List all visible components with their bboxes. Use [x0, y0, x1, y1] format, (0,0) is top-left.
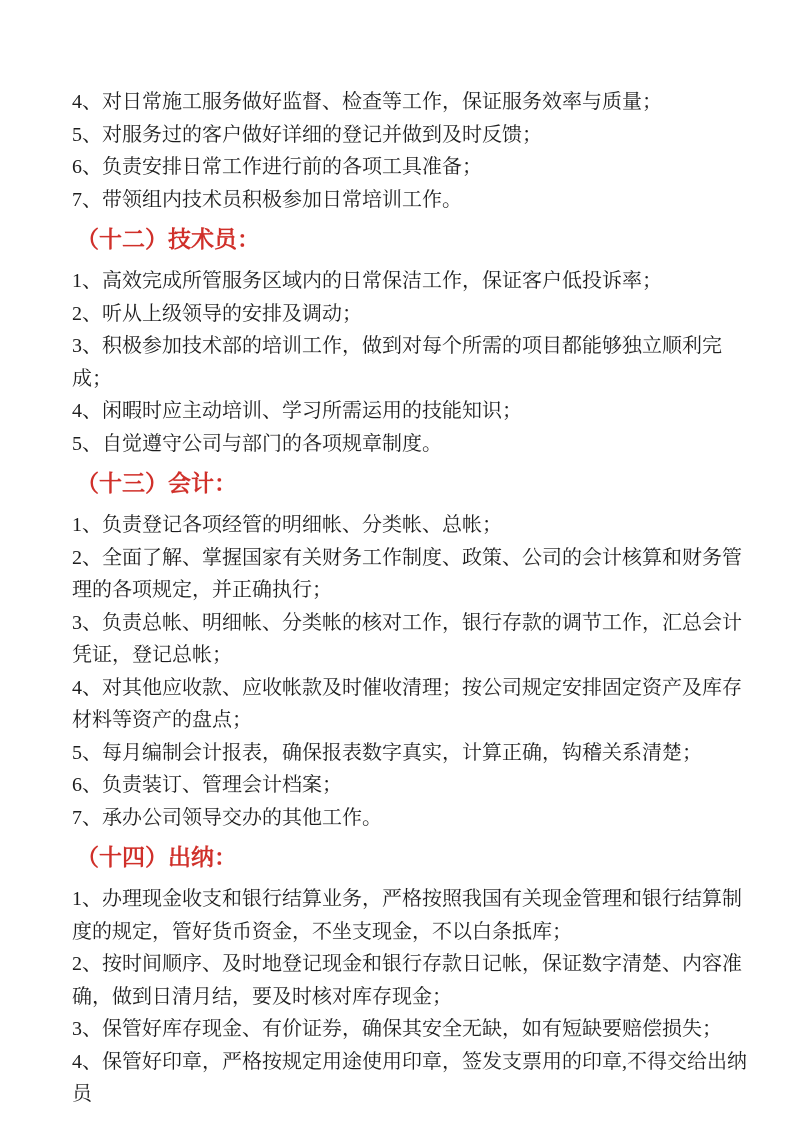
list-item: 3、保管好库存现金、有价证券，确保其安全无缺，如有短缺要赔偿损失； [72, 1013, 750, 1046]
list-item: 1、负责登记各项经管的明细帐、分类帐、总帐； [72, 509, 750, 542]
list-item: 7、带领组内技术员积极参加日常培训工作。 [72, 184, 750, 217]
list-item: 3、积极参加技术部的培训工作，做到对每个所需的项目都能够独立顺利完成； [72, 330, 750, 395]
list-item: 6、负责装订、管理会计档案； [72, 769, 750, 802]
list-item: 3、负责总帐、明细帐、分类帐的核对工作，银行存款的调节工作，汇总会计凭证，登记总… [72, 607, 750, 672]
list-item: 4、保管好印章，严格按规定用途使用印章，签发支票用的印章,不得交给出纳员 [72, 1046, 750, 1111]
section-heading: （十二）技术员： [76, 221, 750, 258]
list-item: 2、全面了解、掌握国家有关财务工作制度、政策、公司的会计核算和财务管理的各项规定… [72, 542, 750, 607]
document-content: 4、对日常施工服务做好监督、检查等工作，保证服务效率与质量；5、对服务过的客户做… [72, 86, 750, 1111]
list-item: 4、对其他应收款、应收帐款及时催收清理；按公司规定安排固定资产及库存材料等资产的… [72, 672, 750, 737]
list-item: 7、承办公司领导交办的其他工作。 [72, 802, 750, 835]
section-heading: （十三）会计： [76, 465, 750, 502]
list-item: 6、负责安排日常工作进行前的各项工具准备； [72, 151, 750, 184]
list-item: 2、按时间顺序、及时地登记现金和银行存款日记帐，保证数字清楚、内容准确，做到日清… [72, 948, 750, 1013]
section-heading: （十四）出纳： [76, 839, 750, 876]
list-item: 4、闲暇时应主动培训、学习所需运用的技能知识； [72, 395, 750, 428]
list-item: 4、对日常施工服务做好监督、检查等工作，保证服务效率与质量； [72, 86, 750, 119]
list-item: 1、办理现金收支和银行结算业务，严格按照我国有关现金管理和银行结算制度的规定，管… [72, 883, 750, 948]
document-page: 4、对日常施工服务做好监督、检查等工作，保证服务效率与质量；5、对服务过的客户做… [0, 0, 800, 1127]
list-item: 5、对服务过的客户做好详细的登记并做到及时反馈； [72, 119, 750, 152]
list-item: 5、自觉遵守公司与部门的各项规章制度。 [72, 428, 750, 461]
list-item: 2、听从上级领导的安排及调动； [72, 298, 750, 331]
list-item: 5、每月编制会计报表，确保报表数字真实，计算正确，钩稽关系清楚； [72, 737, 750, 770]
list-item: 1、高效完成所管服务区域内的日常保洁工作，保证客户低投诉率； [72, 265, 750, 298]
